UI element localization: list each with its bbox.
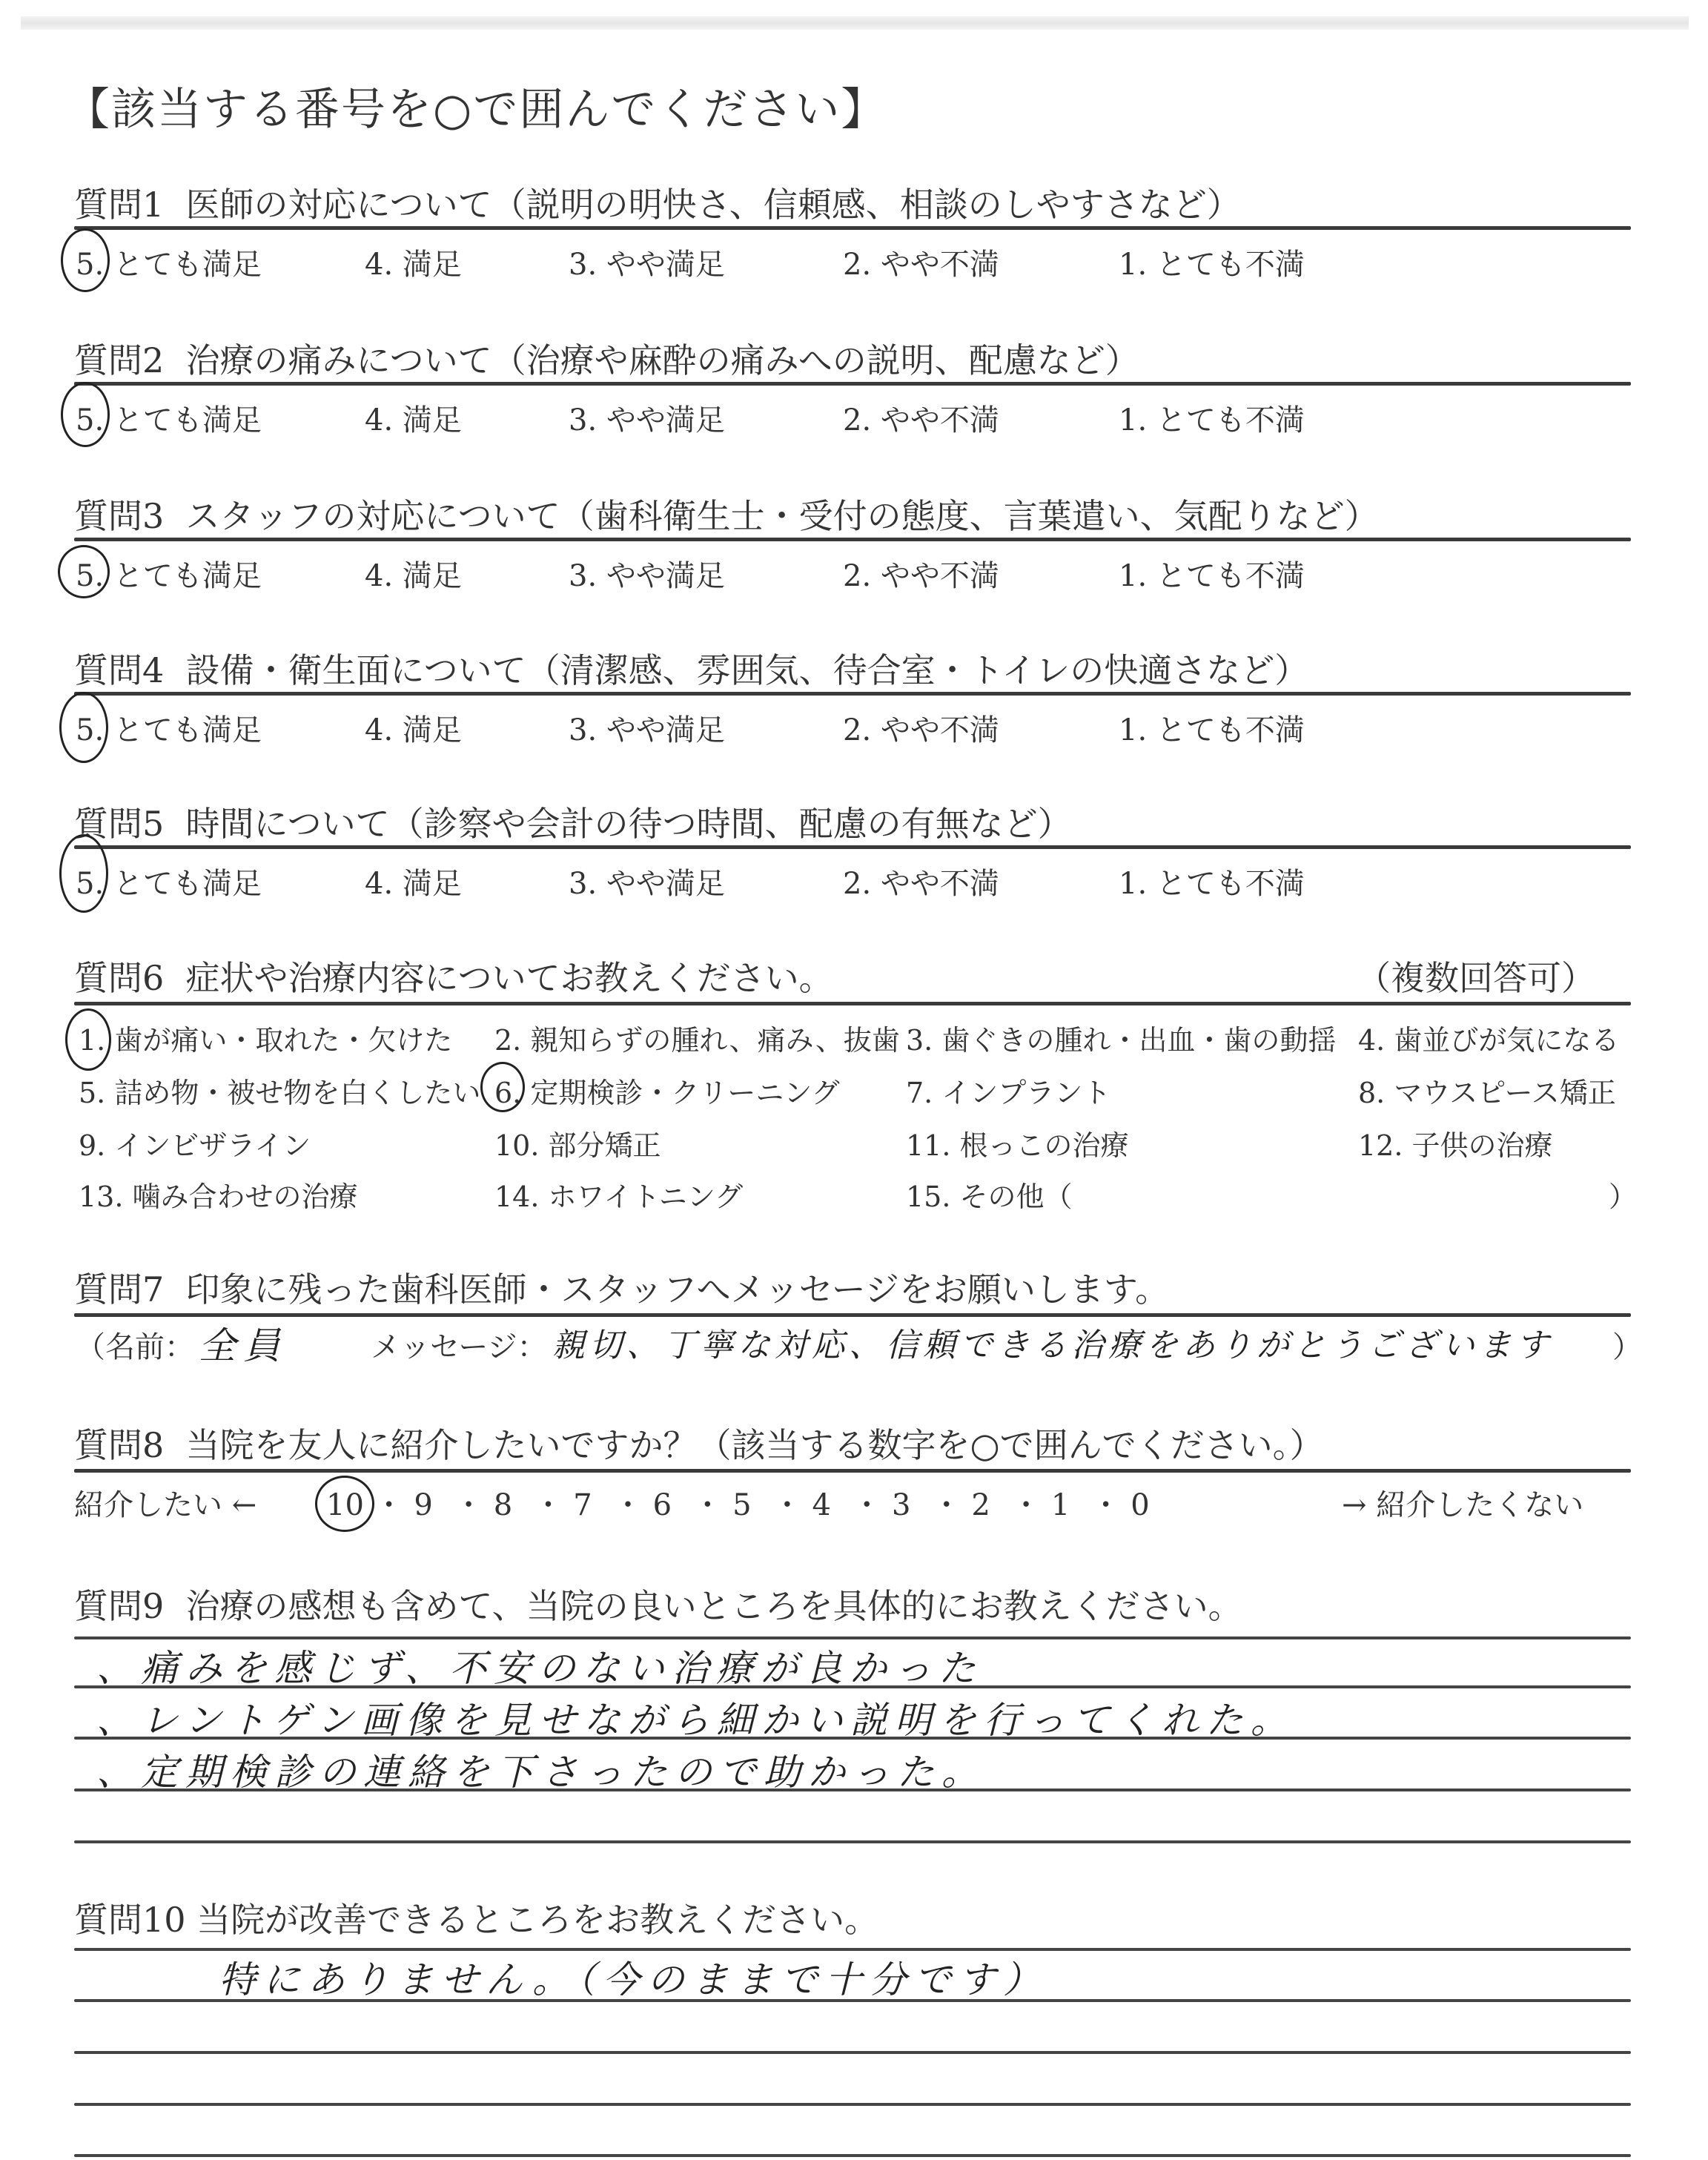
question-3-heading: 質問3 スタッフの対応について（歯科衛生士・受付の態度、言葉遣い、気配りなど） (74, 489, 1379, 538)
recommend-right-label: → 紹介したくない (1342, 1482, 1583, 1524)
q6-option-12[interactable]: 12. 子供の治療 (1358, 1123, 1553, 1163)
q6-option-9[interactable]: 9. インビザライン (79, 1123, 311, 1163)
question-text: 治療の痛みについて（治療や麻酔の痛みへの説明、配慮など） (186, 340, 1139, 380)
question-label: 質問4 (74, 650, 164, 690)
q6-option-15-other[interactable]: 15. その他（ (906, 1174, 1073, 1215)
q6-option-3[interactable]: 3. 歯ぐきの腫れ・出血・歯の動揺 (906, 1017, 1336, 1058)
q4-option-2[interactable]: 2. やや不満 (843, 707, 999, 749)
q5-option-1[interactable]: 1. とても不満 (1119, 860, 1305, 902)
selection-circle-mark (58, 545, 110, 598)
q2-option-4[interactable]: 4. 満足 (365, 397, 462, 439)
message-label: メッセージ： (371, 1324, 547, 1366)
selection-circle-mark (65, 1008, 111, 1071)
question-text: 当院が改善できるところをお教えください。 (196, 1900, 878, 1940)
question-10-heading: 質問10 当院が改善できるところをお教えください。 (74, 1893, 878, 1942)
question-text: 医師の対応について（説明の明快さ、信頼感、相談のしやすさなど） (186, 185, 1241, 225)
answer-line (74, 2051, 1631, 2054)
scale-1[interactable]: 1 (1051, 1488, 1081, 1522)
q6-option-11[interactable]: 11. 根っこの治療 (906, 1123, 1129, 1163)
q6-option-5[interactable]: 5. 詰め物・被せ物を白くしたい (79, 1070, 480, 1111)
question-8-heading: 質問8 当院を友人に紹介したいですか？（該当する数字を○で囲んでください。） (74, 1418, 1324, 1467)
q2-option-1[interactable]: 1. とても不満 (1119, 397, 1305, 439)
scale-8[interactable]: 8 (494, 1488, 523, 1522)
q6-option-13[interactable]: 13. 噛み合わせの治療 (79, 1174, 358, 1215)
divider (74, 538, 1631, 541)
multiple-answers-note: （複数回答可） (1357, 951, 1595, 1000)
selection-circle-mark (480, 1062, 525, 1112)
question-6-heading: 質問6 症状や治療内容についてお教えください。 (74, 951, 833, 1000)
q3-option-2[interactable]: 2. やや不満 (843, 552, 999, 595)
answer-line (74, 1999, 1631, 2002)
q2-option-2[interactable]: 2. やや不満 (843, 397, 999, 439)
question-label: 質問9 (74, 1586, 164, 1626)
scale-6[interactable]: 6 (653, 1488, 683, 1522)
q6-option-1[interactable]: 1. 歯が痛い・取れた・欠けた (79, 1017, 452, 1058)
question-2-heading: 質問2 治療の痛みについて（治療や麻酔の痛みへの説明、配慮など） (74, 334, 1139, 383)
q2-option-3[interactable]: 3. やや満足 (569, 397, 725, 439)
q4-option-4[interactable]: 4. 満足 (365, 707, 462, 749)
question-text: 症状や治療内容についてお教えください。 (186, 958, 833, 998)
question-5-heading: 質問5 時間について（診察や会計の待つ時間、配慮の有無など） (74, 797, 1072, 846)
divider (74, 1469, 1631, 1473)
question-4-heading: 質問4 設備・衛生面について（清潔感、雰囲気、待合室・トイレの快適さなど） (74, 644, 1308, 693)
question-label: 質問8 (74, 1425, 164, 1465)
selection-circle-mark (59, 834, 108, 913)
q4-option-1[interactable]: 1. とても不満 (1119, 707, 1305, 749)
question-label: 質問7 (74, 1269, 164, 1309)
divider (74, 382, 1631, 386)
q6-option-14[interactable]: 14. ホワイトニング (494, 1174, 743, 1215)
answer-line (74, 1737, 1631, 1740)
scale-9[interactable]: 9 (414, 1488, 443, 1522)
q10-answer-line-1[interactable]: 特にありません。（今のままで十分です） (219, 1950, 1047, 2004)
page-title: 【該当する番号を○で囲んでください】 (65, 74, 887, 138)
q6-option-4[interactable]: 4. 歯並びが気になる (1358, 1017, 1619, 1058)
selection-circle-mark (61, 228, 110, 292)
selection-circle-mark (61, 382, 110, 447)
message-input[interactable]: 親切、丁寧な対応、信頼できる治療をありがとうございます (552, 1318, 1553, 1366)
question-9-heading: 質問9 治療の感想も含めて、当院の良いところを具体的にお教えください。 (74, 1579, 1242, 1628)
q6-option-10[interactable]: 10. 部分矯正 (494, 1123, 661, 1163)
q4-option-3[interactable]: 3. やや満足 (569, 707, 725, 749)
q5-option-3[interactable]: 3. やや満足 (569, 860, 725, 902)
question-text: 設備・衛生面について（清潔感、雰囲気、待合室・トイレの快適さなど） (186, 650, 1309, 690)
question-label: 質問3 (74, 496, 164, 536)
scale-0[interactable]: 0 (1131, 1488, 1160, 1522)
q1-option-2[interactable]: 2. やや不満 (843, 241, 999, 283)
q6-other-close-paren: ） (1609, 1174, 1637, 1215)
question-text: 治療の感想も含めて、当院の良いところを具体的にお教えください。 (186, 1586, 1242, 1626)
question-label: 質問2 (74, 340, 164, 380)
question-label: 質問1 (74, 185, 164, 225)
name-input[interactable]: 全員 (199, 1316, 288, 1370)
q3-option-3[interactable]: 3. やや満足 (569, 552, 725, 595)
q6-option-2[interactable]: 2. 親知らずの腫れ、痛み、抜歯 (494, 1017, 900, 1058)
message-close-paren: ） (1612, 1324, 1642, 1366)
q3-option-4[interactable]: 4. 満足 (365, 552, 462, 595)
scale-2[interactable]: 2 (971, 1488, 1001, 1522)
answer-line (74, 1789, 1631, 1791)
q6-option-6[interactable]: 6. 定期検診・クリーニング (494, 1070, 840, 1111)
answer-line (74, 1840, 1631, 1843)
divider (74, 845, 1631, 849)
question-text: 当院を友人に紹介したいですか？（該当する数字を○で囲んでください。） (186, 1425, 1324, 1465)
question-text: 時間について（診察や会計の待つ時間、配慮の有無など） (186, 804, 1072, 844)
q5-option-2[interactable]: 2. やや不満 (843, 860, 999, 902)
question-label: 質問10 (74, 1900, 186, 1940)
q1-option-4[interactable]: 4. 満足 (365, 241, 462, 283)
question-text: スタッフの対応について（歯科衛生士・受付の態度、言葉遣い、気配りなど） (186, 496, 1379, 536)
q6-option-7[interactable]: 7. インプラント (906, 1070, 1110, 1111)
scale-7[interactable]: 7 (573, 1488, 603, 1522)
name-label: （名前： (76, 1324, 194, 1366)
divider (74, 226, 1631, 230)
scale-3[interactable]: 3 (892, 1488, 921, 1522)
q6-option-8[interactable]: 8. マウスピース矯正 (1358, 1070, 1616, 1111)
divider (74, 692, 1631, 696)
selection-circle-mark (315, 1476, 374, 1532)
scale-5[interactable]: 5 (732, 1488, 762, 1522)
divider (74, 1313, 1631, 1317)
q3-option-1[interactable]: 1. とても不満 (1119, 552, 1305, 595)
scale-4[interactable]: 4 (812, 1488, 842, 1522)
answer-line (74, 2103, 1631, 2106)
recommend-scale: 10 ・ 9 ・ 8 ・ 7 ・ 6 ・ 5 ・ 4 ・ 3 ・ 2 ・ 1 ・… (326, 1482, 1160, 1524)
selection-circle-mark (59, 692, 108, 763)
answer-line (74, 2154, 1631, 2157)
divider (74, 1002, 1631, 1005)
question-1-heading: 質問1 医師の対応について（説明の明快さ、信頼感、相談のしやすさなど） (74, 178, 1241, 227)
q1-option-1[interactable]: 1. とても不満 (1119, 241, 1305, 283)
question-text: 印象に残った歯科医師・スタッフへメッセージをお願いします。 (186, 1269, 1170, 1309)
answer-line (74, 1685, 1631, 1688)
recommend-left-label: 紹介したい ← (74, 1482, 256, 1524)
q9-answer-line-1[interactable]: 、痛みを感じず、不安のない治療が良かった (96, 1639, 983, 1692)
scan-top-edge (21, 16, 1689, 30)
q1-option-3[interactable]: 3. やや満足 (569, 241, 725, 283)
q5-option-4[interactable]: 4. 満足 (365, 860, 462, 902)
question-label: 質問6 (74, 958, 164, 998)
question-7-heading: 質問7 印象に残った歯科医師・スタッフへメッセージをお願いします。 (74, 1263, 1169, 1312)
